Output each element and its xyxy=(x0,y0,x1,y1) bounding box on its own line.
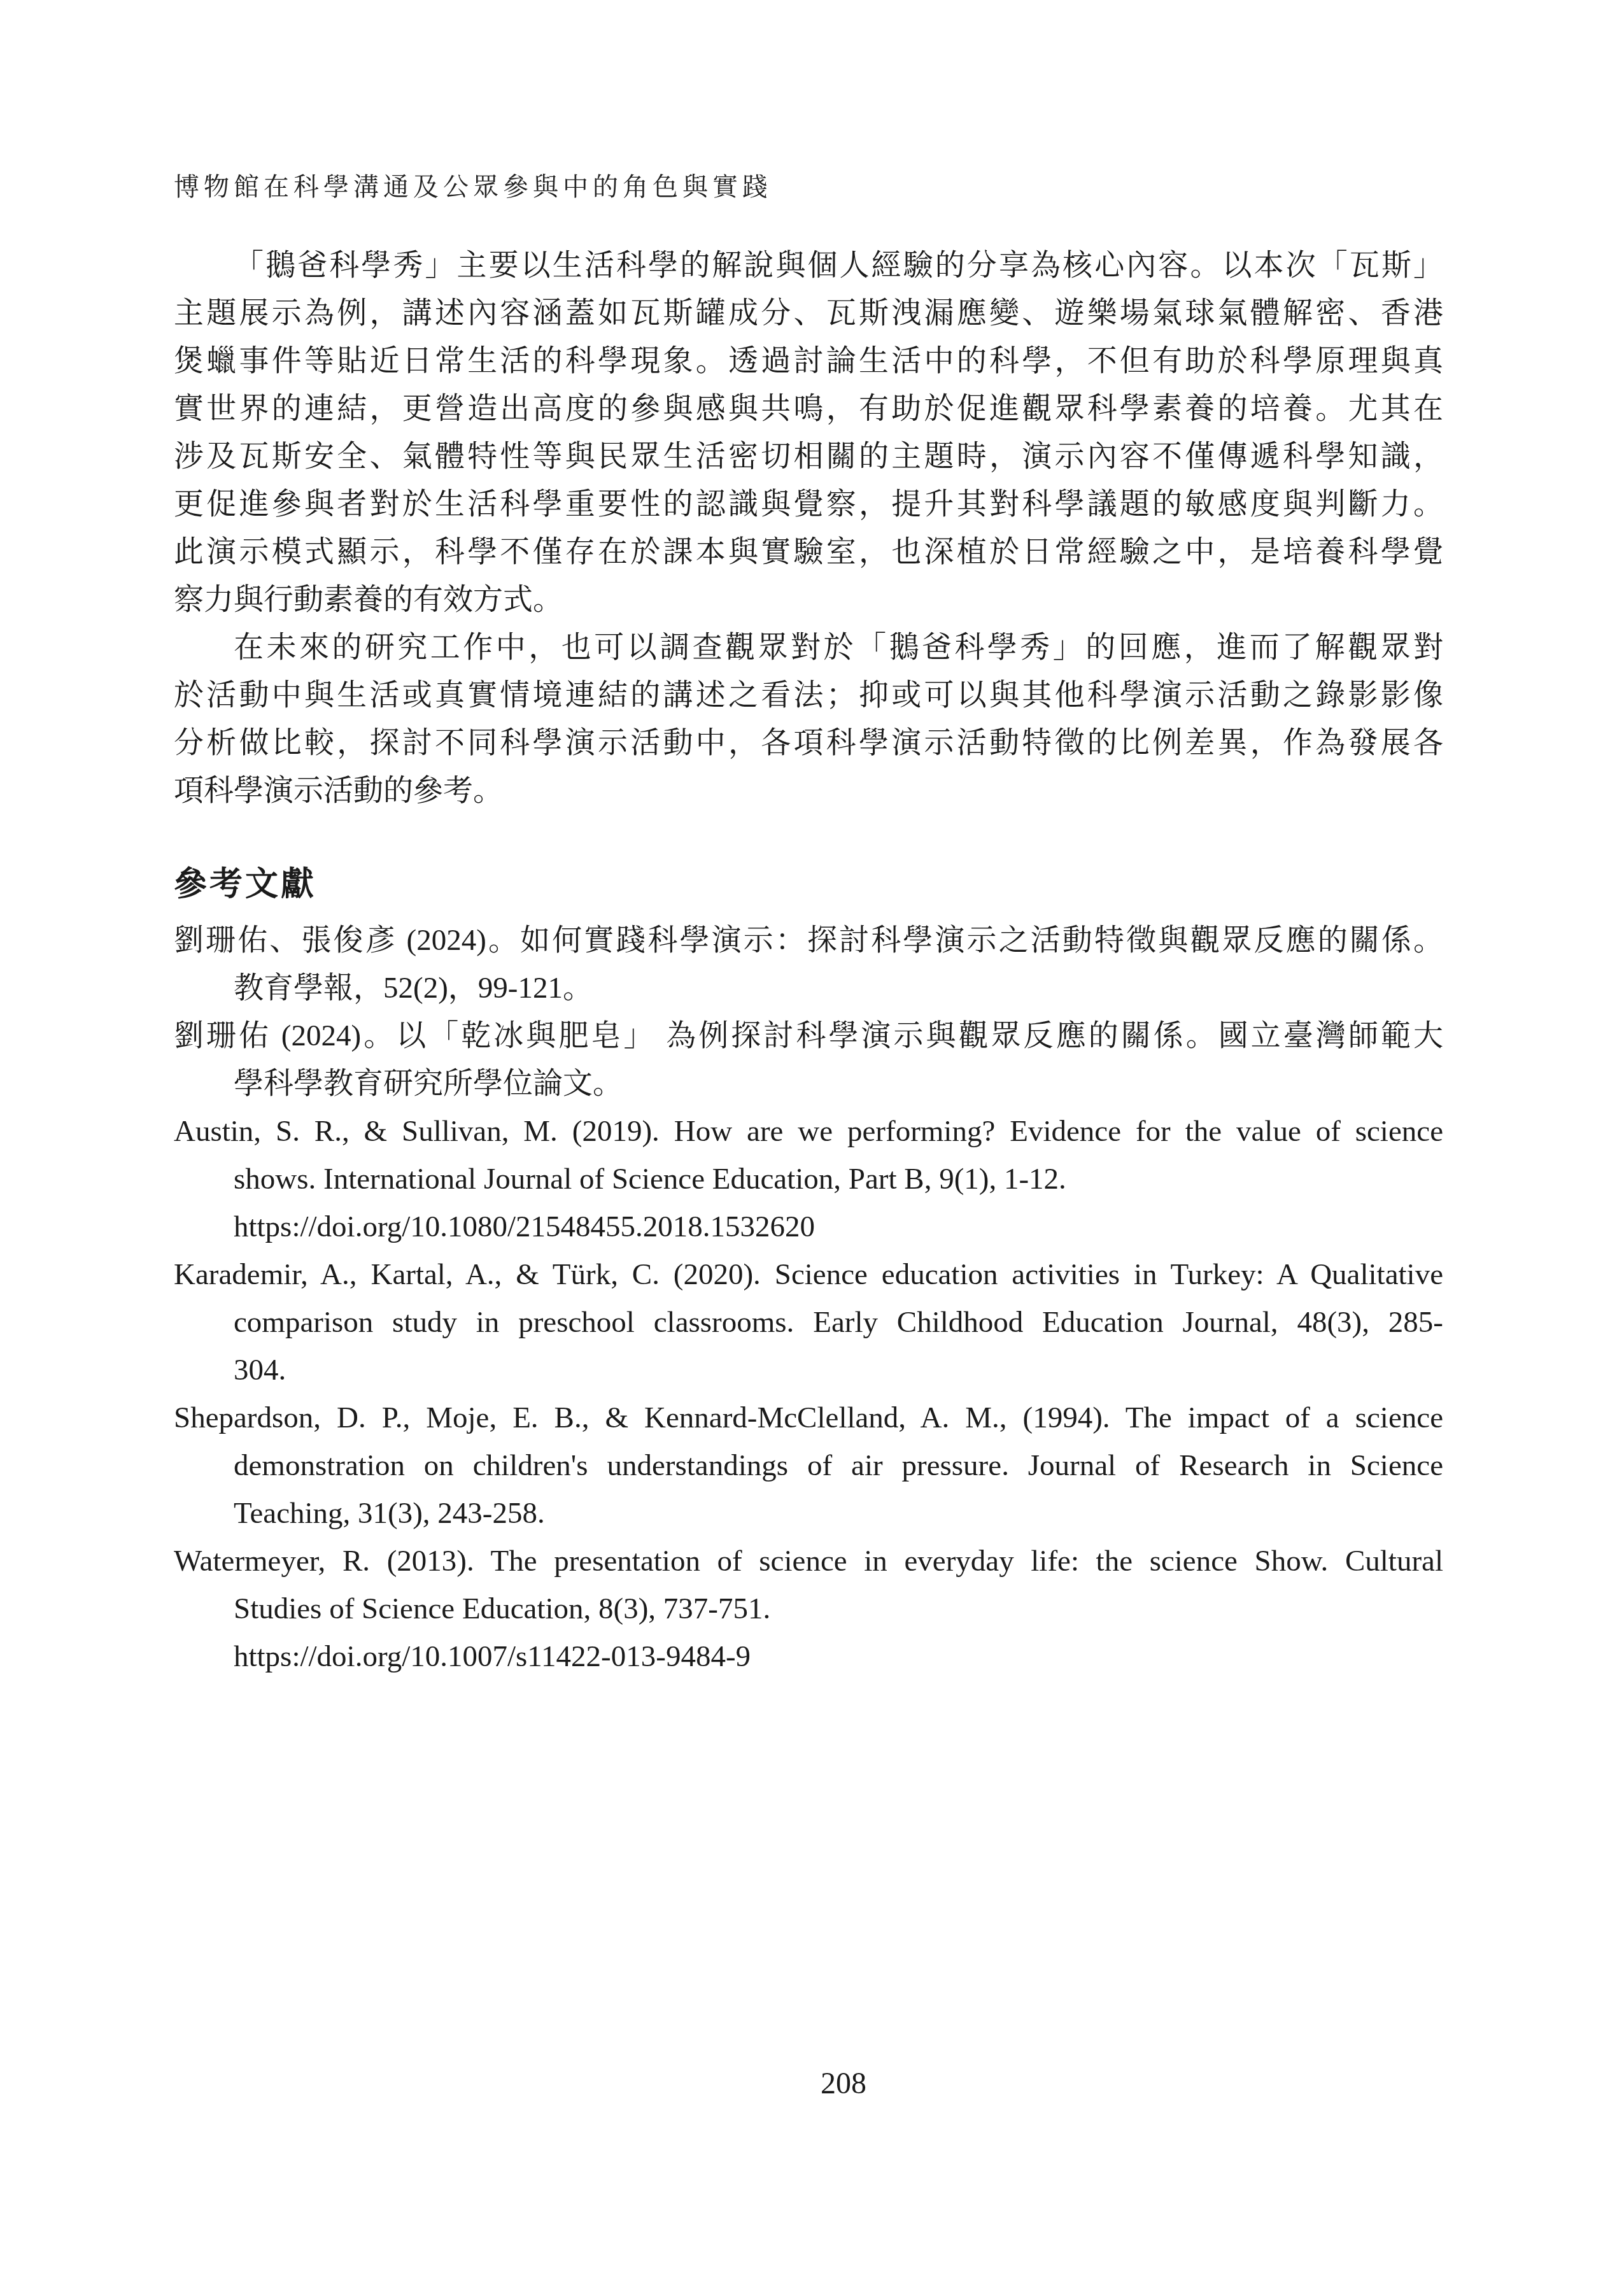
references-heading: 參考文獻 xyxy=(174,861,316,909)
reference-entry: Shepardson, D. P., Moje, E. B., & Kennar… xyxy=(174,1394,1443,1538)
reference-line: demonstration on children's understandin… xyxy=(174,1442,1443,1490)
paragraph-line: 主題展示為例，講述內容涵蓋如瓦斯罐成分、瓦斯洩漏應變、遊樂場氣球氣體解密、香港 xyxy=(174,290,1443,337)
references-list: 劉珊佑、張俊彥 (2024)。如何實踐科學演示：探討科學演示之活動特徵與觀眾反應… xyxy=(174,917,1443,1681)
reference-entry: 劉珊佑、張俊彥 (2024)。如何實踐科學演示：探討科學演示之活動特徵與觀眾反應… xyxy=(174,917,1443,1012)
paragraph-line: 煲蠟事件等貼近日常生活的科學現象。透過討論生活中的科學，不但有助於科學原理與真 xyxy=(174,337,1443,385)
paragraph-line: 分析做比較，探討不同科學演示活動中，各項科學演示活動特徵的比例差異，作為發展各 xyxy=(174,719,1443,767)
document-page: 博物館在科學溝通及公眾參與中的角色與實踐 「鵝爸科學秀」主要以生活科學的解說與個… xyxy=(0,0,1624,2278)
paragraph-line: 此演示模式顯示，科學不僅存在於課本與實驗室，也深植於日常經驗之中，是培養科學覺 xyxy=(174,528,1443,576)
reference-line: Teaching, 31(3), 243-258. xyxy=(174,1490,1443,1538)
paragraph-line: 項科學演示活動的參考。 xyxy=(174,767,1443,815)
paragraph: 「鵝爸科學秀」主要以生活科學的解說與個人經驗的分享為核心內容。以本次「瓦斯」主題… xyxy=(174,242,1443,624)
reference-line: Studies of Science Education, 8(3), 737-… xyxy=(174,1585,1443,1633)
paragraph-line: 於活動中與生活或真實情境連結的講述之看法；抑或可以與其他科學演示活動之錄影影像 xyxy=(174,672,1443,719)
reference-entry: 劉珊佑 (2024)。以「乾冰與肥皂」 為例探討科學演示與觀眾反應的關係。國立臺… xyxy=(174,1012,1443,1108)
reference-line: 學科學教育研究所學位論文。 xyxy=(174,1060,1443,1108)
paragraph-line: 察力與行動素養的有效方式。 xyxy=(174,576,1443,624)
paragraph-line: 更促進參與者對於生活科學重要性的認識與覺察，提升其對科學議題的敏感度與判斷力。 xyxy=(174,481,1443,528)
body-text: 「鵝爸科學秀」主要以生活科學的解說與個人經驗的分享為核心內容。以本次「瓦斯」主題… xyxy=(174,242,1443,815)
reference-line: 304. xyxy=(174,1347,1443,1394)
reference-line: Karademir, A., Kartal, A., & Türk, C. (2… xyxy=(174,1251,1443,1299)
reference-line: 教育學報，52(2)，99-121。 xyxy=(174,965,1443,1012)
running-header: 博物館在科學溝通及公眾參與中的角色與實踐 xyxy=(174,172,772,202)
reference-line: shows. International Journal of Science … xyxy=(174,1156,1443,1203)
reference-entry: Karademir, A., Kartal, A., & Türk, C. (2… xyxy=(174,1251,1443,1394)
reference-entry: Austin, S. R., & Sullivan, M. (2019). Ho… xyxy=(174,1108,1443,1251)
reference-line: Austin, S. R., & Sullivan, M. (2019). Ho… xyxy=(174,1108,1443,1156)
reference-line: 劉珊佑、張俊彥 (2024)。如何實踐科學演示：探討科學演示之活動特徵與觀眾反應… xyxy=(174,917,1443,965)
paragraph-line: 實世界的連結，更營造出高度的參與感與共鳴，有助於促進觀眾科學素養的培養。尤其在 xyxy=(174,385,1443,433)
paragraph-line: 「鵝爸科學秀」主要以生活科學的解說與個人經驗的分享為核心內容。以本次「瓦斯」 xyxy=(174,242,1443,290)
page-number: 208 xyxy=(821,2062,866,2106)
reference-line: Watermeyer, R. (2013). The presentation … xyxy=(174,1538,1443,1585)
reference-line: comparison study in preschool classrooms… xyxy=(174,1299,1443,1347)
paragraph-line: 在未來的研究工作中，也可以調查觀眾對於「鵝爸科學秀」的回應，進而了解觀眾對 xyxy=(174,624,1443,672)
paragraph: 在未來的研究工作中，也可以調查觀眾對於「鵝爸科學秀」的回應，進而了解觀眾對於活動… xyxy=(174,624,1443,815)
reference-line: 劉珊佑 (2024)。以「乾冰與肥皂」 為例探討科學演示與觀眾反應的關係。國立臺… xyxy=(174,1012,1443,1060)
reference-line: Shepardson, D. P., Moje, E. B., & Kennar… xyxy=(174,1394,1443,1442)
reference-entry: Watermeyer, R. (2013). The presentation … xyxy=(174,1538,1443,1681)
reference-line: https://doi.org/10.1007/s11422-013-9484-… xyxy=(174,1633,1443,1681)
paragraph-line: 涉及瓦斯安全、氣體特性等與民眾生活密切相關的主題時，演示內容不僅傳遞科學知識， xyxy=(174,433,1443,481)
reference-line: https://doi.org/10.1080/21548455.2018.15… xyxy=(174,1203,1443,1251)
